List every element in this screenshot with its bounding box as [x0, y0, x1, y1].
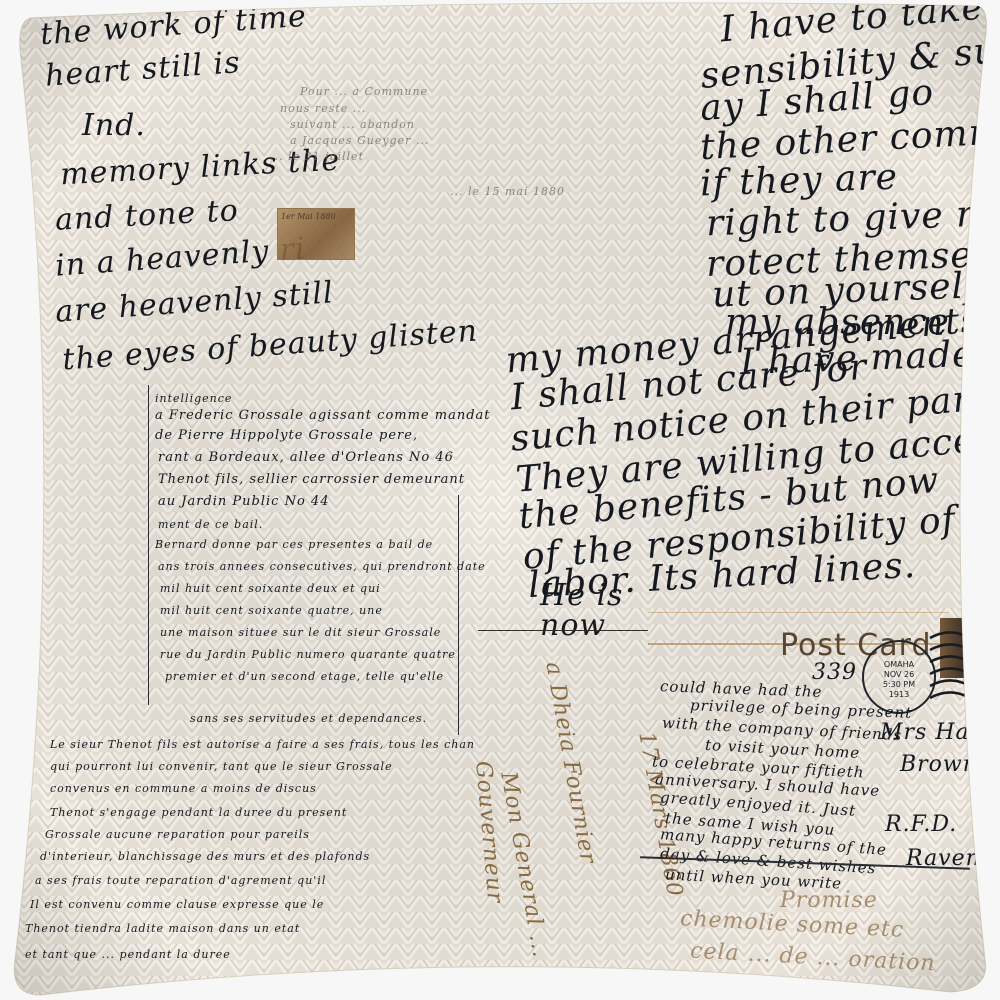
cancellation-lines-icon — [928, 628, 968, 718]
document-border-right — [458, 495, 459, 735]
pillow-print: the work of time heart still is Ind. mem… — [0, 0, 1000, 1000]
document-border-left — [148, 385, 149, 705]
product-photo: the work of time heart still is Ind. mem… — [0, 0, 1000, 1000]
vintage-stamp: 1er Mai 1880 — [277, 208, 355, 260]
